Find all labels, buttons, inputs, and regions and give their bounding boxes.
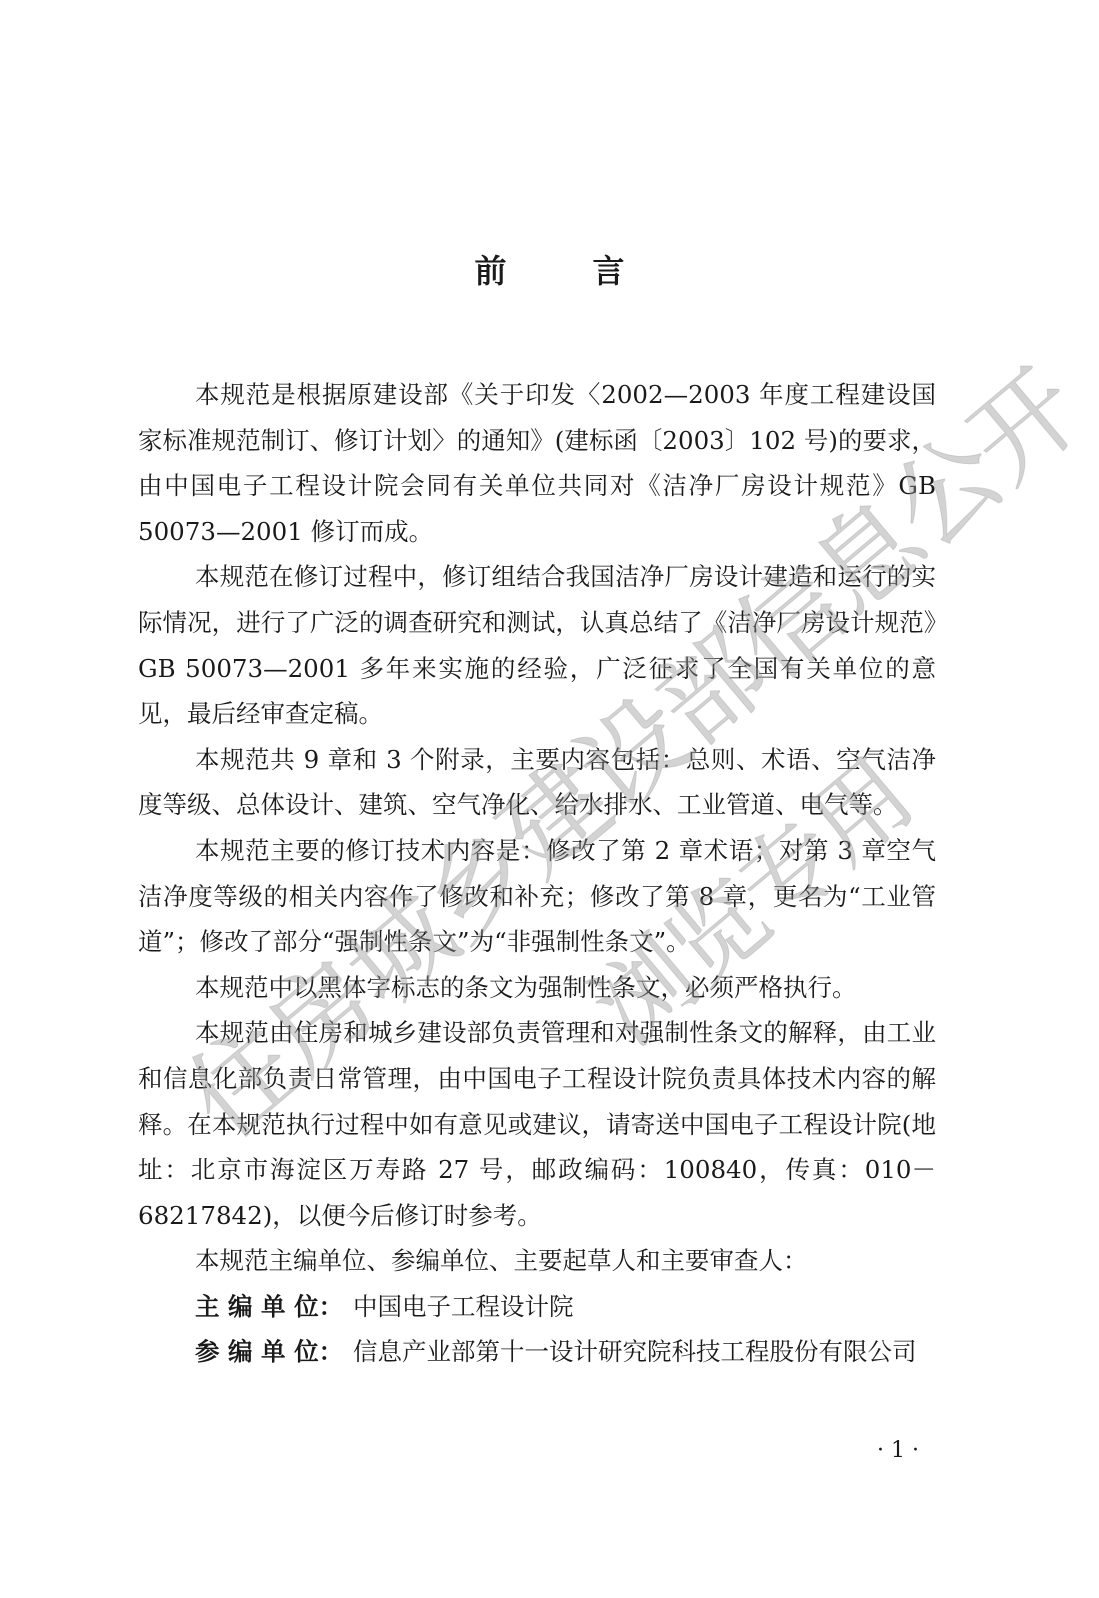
participating-unit-row: 参 编 单 位： 信息产业部第十一设计研究院科技工程股份有限公司 <box>138 1329 936 1375</box>
paragraph-origin: 本规范是根据原建设部《关于印发〈2002—2003 年度工程建设国家标准规范制订… <box>138 372 936 554</box>
title-char-1: 前 <box>475 246 507 292</box>
page-number: · 1 · <box>858 1438 938 1463</box>
paragraph-revision-content: 本规范主要的修订技术内容是：修改了第 2 章术语；对第 3 章空气洁净度等级的相… <box>138 828 936 965</box>
chief-editor-unit-value: 中国电子工程设计院 <box>353 1284 936 1330</box>
document-page: 前言 本规范是根据原建设部《关于印发〈2002—2003 年度工程建设国家标准规… <box>0 0 1099 1598</box>
page-title: 前言 <box>0 246 1099 292</box>
title-char-2: 言 <box>593 246 625 292</box>
participating-unit-label: 参 编 单 位： <box>195 1329 353 1375</box>
paragraph-units-intro: 本规范主编单位、参编单位、主要起草人和主要审查人： <box>138 1238 936 1284</box>
chief-editor-unit-label: 主 编 单 位： <box>195 1284 353 1330</box>
chief-editor-unit-row: 主 编 单 位： 中国电子工程设计院 <box>138 1284 936 1330</box>
paragraph-revision-process: 本规范在修订过程中，修订组结合我国洁净厂房设计建造和运行的实际情况，进行了广泛的… <box>138 554 936 736</box>
paragraph-contents: 本规范共 9 章和 3 个附录，主要内容包括：总则、术语、空气洁净度等级、总体设… <box>138 737 936 828</box>
preface-body: 本规范是根据原建设部《关于印发〈2002—2003 年度工程建设国家标准规范制订… <box>138 372 936 1375</box>
paragraph-mandatory: 本规范中以黑体字标志的条文为强制性条文，必须严格执行。 <box>138 965 936 1011</box>
participating-unit-value: 信息产业部第十一设计研究院科技工程股份有限公司 <box>353 1329 936 1375</box>
paragraph-management: 本规范由住房和城乡建设部负责管理和对强制性条文的解释，由工业和信息化部负责日常管… <box>138 1010 936 1238</box>
